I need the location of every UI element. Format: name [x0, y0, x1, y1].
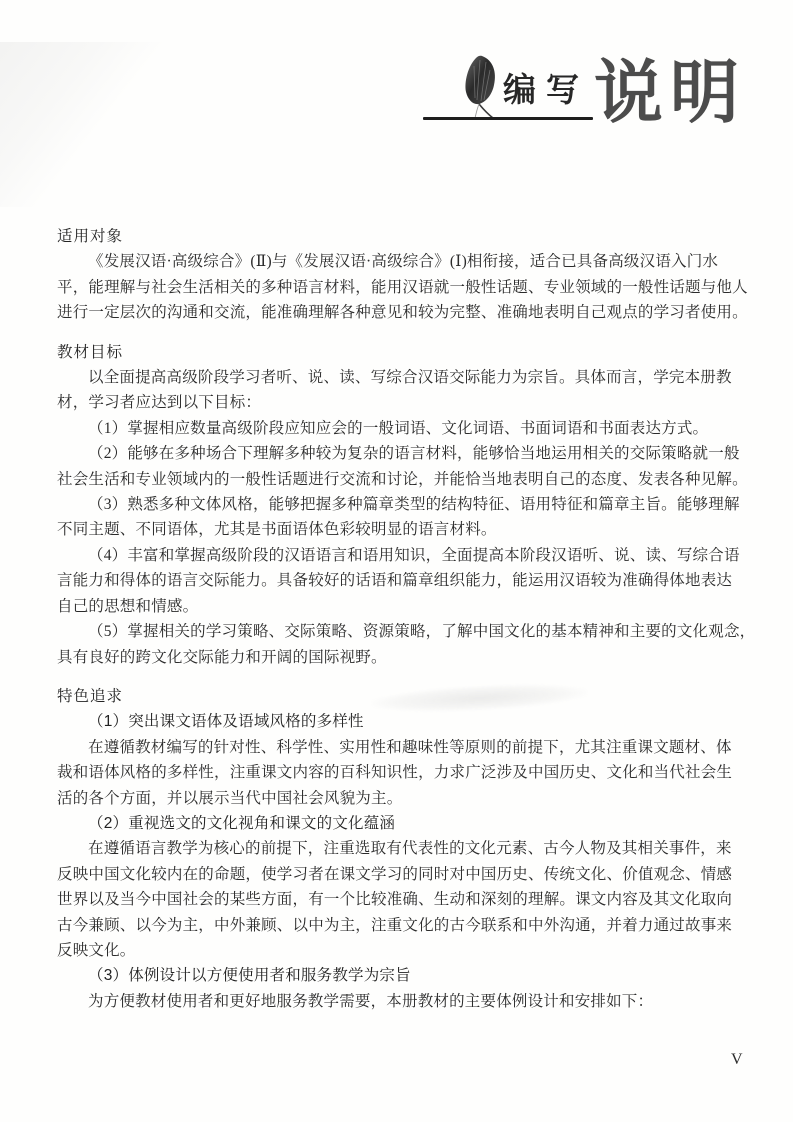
body-text-line: 自己的思想和情感。 — [57, 594, 737, 619]
section-heading: 特色追求 — [57, 684, 737, 709]
body-text-line: 裁和语体风格的多样性，注重课文内容的百科知识性，力求广泛涉及中国历史、文化和当代… — [57, 760, 737, 785]
body-text-line: （2）能够在多种场合下理解多种较为复杂的语言材料，能够恰当地运用相关的交际策略就… — [57, 441, 737, 466]
document-content: 适用对象《发展汉语·高级综合》(Ⅱ)与《发展汉语·高级综合》(Ⅰ)相衔接，适合已… — [57, 224, 737, 1014]
header-label: 编写 — [503, 72, 589, 108]
body-text-line: 反映中国文化较内在的命题，使学习者在课文学习的同时对中国历史、传统文化、价值观念… — [57, 862, 737, 887]
body-text-line: 材，学习者应达到以下目标： — [57, 390, 737, 415]
body-text-line: （1）掌握相应数量高级阶段应知应会的一般词语、文化词语、书面词语和书面表达方式。 — [57, 416, 737, 441]
body-text-line: 以全面提高高级阶段学习者听、说、读、写综合汉语交际能力为宗旨。具体而言，学完本册… — [57, 365, 737, 390]
body-text-line: 古今兼顾、以今为主，中外兼顾、以中为主，注重文化的古今联系和中外沟通，并着力通过… — [57, 913, 737, 938]
body-text-line: 在遵循教材编写的针对性、科学性、实用性和趣味性等原则的前提下，尤其注重课文题材、… — [57, 735, 737, 760]
body-text-line: 平，能理解与社会生活相关的多种语言材料，能用汉语就一般性话题、专业领域的一般性话… — [57, 275, 737, 300]
header-rule-line — [423, 117, 593, 120]
page-number: V — [731, 1051, 743, 1069]
body-text-line: 具有良好的跨文化交际能力和开阔的国际视野。 — [57, 645, 737, 670]
body-text-line: 《发展汉语·高级综合》(Ⅱ)与《发展汉语·高级综合》(Ⅰ)相衔接，适合已具备高级… — [57, 249, 737, 274]
section-heading: 教材目标 — [57, 340, 737, 365]
body-text-line: 反映文化。 — [57, 938, 737, 963]
body-text-line: 世界以及当今中国社会的某些方面，有一个比较准确、生动和深刻的理解。课文内容及其文… — [57, 887, 737, 912]
body-text-line: 言能力和得体的语言交际能力。具备较好的话语和篇章组织能力，能运用汉语较为准确得体… — [57, 568, 737, 593]
body-text-line: （3）熟悉多种文体风格，能够把握多种篇章类型的结构特征、语用特征和篇章主旨。能够… — [57, 492, 737, 517]
body-text-line: 社会生活和专业领域内的一般性话题进行交流和讨论，并能恰当地表明自己的态度、发表各… — [57, 467, 737, 492]
sub-heading-line: （2）重视选文的文化视角和课文的文化蕴涵 — [57, 811, 737, 836]
document-page: 编写 说明 适用对象《发展汉语·高级综合》(Ⅱ)与《发展汉语·高级综合》(Ⅰ)相… — [0, 0, 793, 1122]
body-text-line: 进行一定层次的沟通和交流，能准确理解各种意见和较为完整、准确地表明自己观点的学习… — [57, 300, 737, 325]
feather-quill-icon — [444, 54, 510, 122]
body-text-line: 在遵循语言教学为核心的前提下，注重选取有代表性的文化元素、古今人物及其相关事件，… — [57, 836, 737, 861]
section-heading: 适用对象 — [57, 224, 737, 249]
body-text-line: （5）掌握相关的学习策略、交际策略、资源策略，了解中国文化的基本精神和主要的文化… — [57, 619, 737, 644]
sub-heading-line: （1）突出课文语体及语域风格的多样性 — [57, 709, 737, 734]
body-text-line: 活的各个方面，并以展示当代中国社会风貌为主。 — [57, 786, 737, 811]
scan-shadow-artifact — [0, 42, 175, 207]
body-text-line: 不同主题、不同语体，尤其是书面语体色彩较明显的语言材料。 — [57, 517, 737, 542]
page-title: 说明 — [594, 56, 746, 131]
sub-heading-line: （3）体例设计以方便使用者和服务教学为宗旨 — [57, 963, 737, 988]
body-text-line: 为方便教材使用者和更好地服务教学需要，本册教材的主要体例设计和安排如下： — [57, 989, 737, 1014]
body-text-line: （4）丰富和掌握高级阶段的汉语语言和语用知识，全面提高本阶段汉语听、说、读、写综… — [57, 543, 737, 568]
